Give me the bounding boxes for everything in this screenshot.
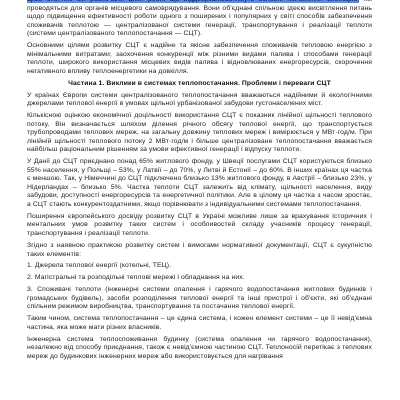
document-page[interactable]: Цією статтею ми розпочали цикл робіт, що… bbox=[0, 0, 400, 361]
list-item: 2. Магістральні та розподільні теплові м… bbox=[27, 274, 372, 283]
paragraph: Згідно з наявною практикою розвитку сист… bbox=[27, 242, 372, 259]
paragraph-text: які проводяться для органів місцевого са… bbox=[27, 0, 372, 37]
section-heading: Частина 1. Виклики в системах теплопоста… bbox=[27, 80, 372, 89]
selected-text: Цією статтею ми розпочали цикл робіт, що… bbox=[27, 0, 359, 3]
paragraph: У Данії до СЦТ приєднано понад 65% житло… bbox=[27, 158, 372, 209]
paragraph: Кількісною оцінкою економічної доцільнос… bbox=[27, 112, 372, 155]
paragraph: Поширення європейського досвіду розвитку… bbox=[27, 213, 372, 239]
paragraph: У країнах Європи системи централізованог… bbox=[27, 92, 372, 109]
paragraph: Основними цілями розвитку СЦТ є надійне … bbox=[27, 42, 372, 76]
paragraph: Інженерна система теплоспоживання будинк… bbox=[27, 336, 372, 362]
list-item: 3. Споживачі теплоти (інженерні системи … bbox=[27, 286, 372, 312]
paragraph: Цією статтею ми розпочали цикл робіт, що… bbox=[27, 0, 372, 39]
paragraph: Таким чином, система теплопостачання – ц… bbox=[27, 315, 372, 332]
list-item: 1. Джерела теплової енергії (котельні, Т… bbox=[27, 262, 372, 271]
